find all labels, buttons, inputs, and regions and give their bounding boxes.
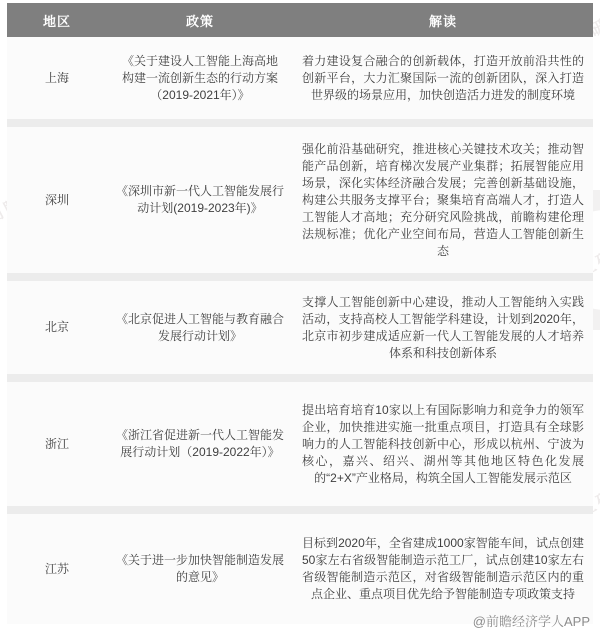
policy-cell: 《关于进一步加快智能制造发展的意见》 [107, 514, 293, 624]
column-header-interpretation: 解读 [293, 11, 593, 30]
region-cell: 江苏 [7, 514, 107, 624]
table-row: 北京 《北京促进人工智能与教育融合发展行动计划》 支撑人工智能创新中心建设，推动… [7, 281, 593, 374]
table-row: 上海 《关于建设人工智能上海高地 构建一流创新生态的行动方案（2019-2021… [7, 37, 593, 119]
region-cell: 深圳 [7, 127, 107, 273]
row-separator [7, 273, 593, 281]
table-row: 江苏 《关于进一步加快智能制造发展的意见》 目标到2020年，全省建成1000家… [7, 514, 593, 624]
interpretation-cell: 目标到2020年，全省建成1000家智能车间，试点创建50家左右省级智能制造示范… [293, 514, 593, 624]
interpretation-cell: 着力建设复合融合的创新载体，打造开放前沿共性的创新平台，大力汇聚国际一流的创新团… [293, 37, 593, 119]
policy-cell: 《北京促进人工智能与教育融合发展行动计划》 [107, 281, 293, 374]
interpretation-cell: 提出培育培育10家以上有国际影响力和竞争力的领军企业，加快推进实施一批重点项目，… [293, 382, 593, 506]
policy-cell: 《深圳市新一代人工智能发展行动计划(2019-2023年)》 [107, 127, 293, 273]
region-cell: 北京 [7, 281, 107, 374]
region-cell: 浙江 [7, 382, 107, 506]
policy-cell: 《关于建设人工智能上海高地 构建一流创新生态的行动方案（2019-2021年）》 [107, 37, 293, 119]
interpretation-cell: 支撑人工智能创新中心建设，推动人工智能纳入实践活动，支持高校人工智能学科建设，计… [293, 281, 593, 374]
row-separator [7, 119, 593, 127]
table-row: 深圳 《深圳市新一代人工智能发展行动计划(2019-2023年)》 强化前沿基础… [7, 127, 593, 273]
column-header-region: 地区 [7, 11, 107, 30]
table-row: 浙江 《浙江省促进新一代人工智能发展行动计划（2019-2022年）》 提出培育… [7, 382, 593, 506]
region-cell: 上海 [7, 37, 107, 119]
row-separator [7, 374, 593, 382]
row-separator [7, 506, 593, 514]
column-header-policy: 政策 [107, 11, 293, 30]
source-credit: @前瞻经济学人APP [473, 611, 590, 630]
table-header-row: 地区 政策 解读 [7, 3, 593, 37]
policy-cell: 《浙江省促进新一代人工智能发展行动计划（2019-2022年）》 [107, 382, 293, 506]
interpretation-cell: 强化前沿基础研究，推进核心关键技术攻关；推动智能产品创新，培育梯次发展产业集群；… [293, 127, 593, 273]
policy-table: 地区 政策 解读 上海 《关于建设人工智能上海高地 构建一流创新生态的行动方案（… [7, 3, 593, 624]
